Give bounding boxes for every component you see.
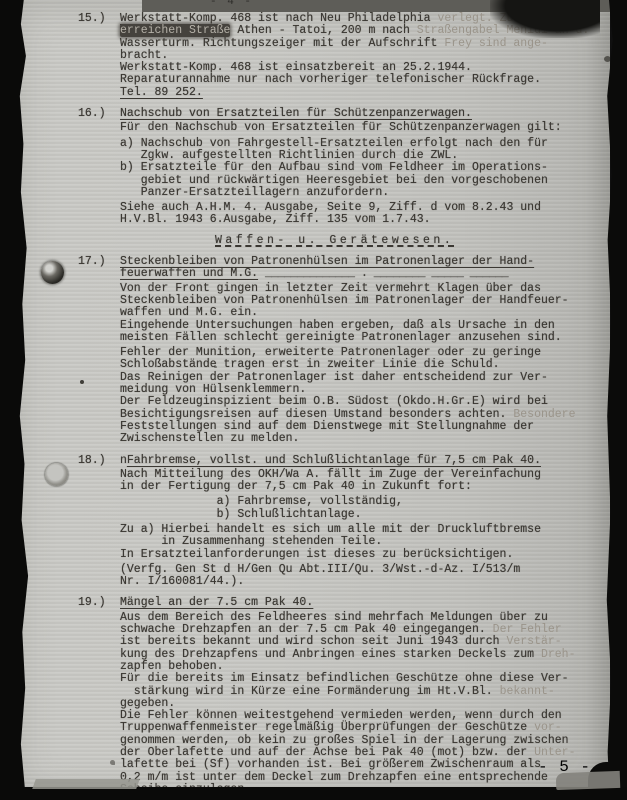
text-segment: waffen und M.G. ein. xyxy=(120,306,258,319)
text-line: H.V.Bl. 1943 6.Ausgabe, Ziff. 135 vom 1.… xyxy=(120,214,610,226)
text-segment-u: feuerwaffen und M.G. xyxy=(120,267,258,280)
text-segment: Besichtigungsreisen auf diesen Umstand b… xyxy=(120,408,513,421)
text-segment: Das Reinigen der Patronenlager ist daher… xyxy=(120,371,548,384)
text-line: In Ersatzteilanforderungen ist dieses zu… xyxy=(120,549,610,561)
text-segment: a) Fahrbremse, vollständig, xyxy=(120,495,403,508)
bottom-wedge-right xyxy=(556,771,621,790)
text-line: Wasserturm. Richtungszeiger mit der Aufs… xyxy=(120,38,610,50)
text-segment: b) Ersatzteile für den Aufbau sind vom F… xyxy=(120,161,548,174)
text-segment: meidung von Hülsenklemmern. xyxy=(120,383,306,396)
text-segment: Truppenwaffenmeister regelmäßig Überprüf… xyxy=(120,721,534,734)
section-number: 18.) xyxy=(78,455,120,589)
hole-punch-top xyxy=(41,261,64,284)
text-segment xyxy=(258,267,265,280)
section-number: 17.) xyxy=(78,256,120,445)
section-number: 19.) xyxy=(78,597,120,796)
text-segment: Für die bereits im Einsatz befindlichen … xyxy=(120,672,569,685)
text-segment: Schloßabstände tragen erst in zweiter Li… xyxy=(120,358,500,371)
section-19: 19.) Mängel an der 7.5 cm Pak 40. Aus de… xyxy=(14,597,610,796)
text-line: Nr. I/160081/44.). xyxy=(120,576,610,588)
paragraph: Von der Front gingen in letzter Zeit ver… xyxy=(120,283,610,344)
section-18: 18.) nFahrbremse, vollst. und Schlußlich… xyxy=(14,455,610,589)
paragraph: (Verfg. Gen St d H/Gen Qu Abt.III/Qu. 3/… xyxy=(120,564,610,589)
text-segment: Werkstatt-Komp. 468 ist einsatzbereit an… xyxy=(120,61,472,74)
text-segment: Zwischenstellen zu melden. xyxy=(120,432,299,445)
text-segment: Reparaturannahme nur nach vorheriger tel… xyxy=(120,73,541,86)
ink-speck xyxy=(604,56,610,62)
text-segment: n xyxy=(120,454,127,467)
text-segment: Der Feldzeuginspizient beim O.B. Südost … xyxy=(120,395,548,408)
paragraph: Aus dem Bereich des Feldheeres sind mehr… xyxy=(120,612,610,796)
paragraph: Zu a) Hierbei handelt es sich um alle mi… xyxy=(120,524,610,561)
section-heading: nFahrbremse, vollst. und Schlußlichtanla… xyxy=(120,455,610,467)
text-segment-u: Nachschub von Ersatzteilen für Schützenp… xyxy=(120,107,472,120)
text-line: Für den Nachschub von Ersatzteilen für S… xyxy=(120,122,610,134)
text-line: b) Schlußlichtanlage. xyxy=(120,509,610,521)
text-line: Tel. 89 252. xyxy=(120,87,610,99)
text-segment: gebiet und rückwärtigen Heeresgebiet bei… xyxy=(120,174,548,187)
text-segment: Von der Front gingen in letzter Zeit ver… xyxy=(120,282,541,295)
section-body: Mängel an der 7.5 cm Pak 40. Aus dem Ber… xyxy=(120,597,610,796)
text-segment: stärkung wird in Kürze eine Formänderung… xyxy=(120,685,500,698)
text-segment: Nr. I/160081/44.). xyxy=(120,575,244,588)
text-segment: Steckenbleiben von Patronenhülsen im Pat… xyxy=(120,294,569,307)
text-segment-dashtail: ______________ . ________ _____ ______ xyxy=(265,267,508,280)
text-segment: gegeben. xyxy=(120,697,175,710)
text-line: nFahrbremse, vollst. und Schlußlichtanla… xyxy=(120,455,610,467)
section-heading: Nachschub von Ersatzteilen für Schützenp… xyxy=(120,108,610,120)
text-segment-u: Steckenbleiben von Patronenhülsen im Pat… xyxy=(120,255,534,268)
paragraph: Fehler der Munition, erweiterte Patronen… xyxy=(120,347,610,445)
text-line: meisten Fällen schlecht gereinigte Patro… xyxy=(120,332,610,344)
text-segment: Eingehende Untersuchungen haben ergeben,… xyxy=(120,319,555,332)
section-paragraphs: Aus dem Bereich des Feldheeres sind mehr… xyxy=(120,612,610,796)
paragraph: Nach Mitteilung des OKH/Wa A. fällt im Z… xyxy=(120,469,610,494)
text-segment: b) Schlußlichtanlage. xyxy=(120,508,362,521)
section-paragraphs: Nach Mitteilung des OKH/Wa A. fällt im Z… xyxy=(120,469,610,589)
text-segment: meisten Fällen schlecht gereinigte Patro… xyxy=(120,331,562,344)
scanned-document-page: { "theme": { "paper_color": "#c7c7c3", "… xyxy=(0,0,627,800)
text-segment: Nach Mitteilung des OKH/Wa A. fällt im Z… xyxy=(120,468,541,481)
prev-page-number: - 4 - xyxy=(210,0,253,8)
text-line: Zwischenstellen zu melden. xyxy=(120,433,610,445)
text-segment: Zgkw. aufgestellten Richtlinien durch di… xyxy=(120,149,458,162)
text-segment-faded: Frey sind ange- xyxy=(444,37,548,50)
text-line: Mängel an der 7.5 cm Pak 40. xyxy=(120,597,610,609)
section-heading: Steckenbleiben von Patronenhülsen im Pat… xyxy=(120,256,610,281)
text-segment-faded: vor- xyxy=(534,721,562,734)
text-line: Nachschub von Ersatzteilen für Schützenp… xyxy=(120,108,610,120)
hole-punch-bottom xyxy=(45,463,68,486)
text-segment: In Ersatzteilanforderungen ist dieses zu… xyxy=(120,548,513,561)
text-segment-faded: Dreh- xyxy=(541,648,576,661)
section-16: 16.) Nachschub von Ersatzteilen für Schü… xyxy=(14,108,610,227)
text-line: feuerwaffen und M.G. ______________ . __… xyxy=(120,268,610,280)
text-segment: Aus dem Bereich des Feldheeres sind mehr… xyxy=(120,611,548,624)
section-number: 15.) xyxy=(78,13,120,99)
text-segment: kung des Drehzapfens und Anbringen eines… xyxy=(120,648,541,661)
text-segment: Panzer-Ersatzteillagern anzufordern. xyxy=(120,186,389,199)
text-segment: (Verfg. Gen St d H/Gen Qu Abt.III/Qu. 3/… xyxy=(120,563,520,576)
text-segment-faded: bekannt- xyxy=(500,685,555,698)
document-text: 15.) Werkstatt-Komp. 468 ist nach Neu Ph… xyxy=(14,13,610,796)
text-segment: ist bereits bekannt und wird schon seit … xyxy=(120,635,506,648)
text-segment: in der Fertigung der 7,5 cm Pak 40 in Zu… xyxy=(120,480,472,493)
section-heading: Mängel an der 7.5 cm Pak 40. xyxy=(120,597,610,609)
text-segment: Athen - Tatoi, 200 m nach xyxy=(230,24,416,37)
section-body: Nachschub von Ersatzteilen für Schützenp… xyxy=(120,108,610,227)
section-body: Steckenbleiben von Patronenhülsen im Pat… xyxy=(120,256,610,445)
ink-speck xyxy=(214,366,217,368)
text-segment: zapfen behoben. xyxy=(120,660,224,673)
text-segment: 0,2 m/m ist unter dem Deckel zum Drehzap… xyxy=(120,771,548,784)
bottom-wedge-left xyxy=(32,779,140,789)
paragraph: a) Nachschub von Fahrgestell-Ersatzteile… xyxy=(120,138,610,199)
paragraph: a) Fahrbremse, vollständig, b) Schlußlic… xyxy=(120,496,610,521)
text-line: Panzer-Ersatzteillagern anzufordern. xyxy=(120,187,610,199)
text-line: stärkung wird in Kürze eine Formänderung… xyxy=(120,686,610,698)
paragraph: Für den Nachschub von Ersatzteilen für S… xyxy=(120,122,610,134)
text-segment: schwache Drehzapfen an der 7.5 cm Pak 40… xyxy=(120,623,493,636)
text-segment-smudge: erreichen Straße xyxy=(120,24,230,37)
ink-speck xyxy=(110,760,115,765)
text-segment: Zu a) Hierbei handelt es sich um alle mi… xyxy=(120,523,541,536)
text-segment: Feststellungen sind auf dem Dienstwege m… xyxy=(120,420,534,433)
text-segment: Fehler der Munition, erweiterte Patronen… xyxy=(120,346,541,359)
text-segment: der Oberlafette und auf der Achse bei Pa… xyxy=(120,746,534,759)
scan-blob-top-right xyxy=(490,0,600,38)
section-17: 17.) Steckenbleiben von Patronenhülsen i… xyxy=(14,256,610,445)
section-number: 16.) xyxy=(78,108,120,227)
text-segment: H.V.Bl. 1943 6.Ausgabe, Ziff. 135 vom 1.… xyxy=(120,213,431,226)
text-segment: Für den Nachschub von Ersatzteilen für S… xyxy=(120,121,562,134)
text-segment: lafette bei (Sf) vorhanden ist. Bei größ… xyxy=(120,758,541,771)
text-segment: a) Nachschub von Fahrgestell-Ersatzteile… xyxy=(120,137,548,150)
paragraph: Siehe auch A.H.M. 4. Ausgabe, Seite 9, Z… xyxy=(120,202,610,227)
section-body: nFahrbremse, vollst. und Schlußlichtanla… xyxy=(120,455,610,589)
text-line: in der Fertigung der 7,5 cm Pak 40 in Zu… xyxy=(120,481,610,493)
text-segment: Wasserturm. Richtungszeiger mit der Aufs… xyxy=(120,37,444,50)
text-segment-u: Tel. 89 252. xyxy=(120,86,203,99)
ink-speck xyxy=(80,380,84,384)
text-segment: in Zusammenhang stehenden Teile. xyxy=(120,535,382,548)
paper: - 4 - 15.) Werkstatt-Komp. 468 ist nach … xyxy=(14,0,610,800)
text-segment-u: Fahrbremse, vollst. und Schlußlichtanlag… xyxy=(127,454,541,467)
section-paragraphs: Für den Nachschub von Ersatzteilen für S… xyxy=(120,122,610,226)
text-segment-faded: Verstär- xyxy=(506,635,561,648)
center-heading: Waffen- u. Gerätewesen. xyxy=(215,235,610,247)
text-segment: genommen werden, ob kein zu großes Spiel… xyxy=(120,734,569,747)
text-segment-u: Mängel an der 7.5 cm Pak 40. xyxy=(120,596,313,609)
text-segment: Siehe auch A.H.M. 4. Ausgabe, Seite 9, Z… xyxy=(120,201,541,214)
text-segment: bracht. xyxy=(120,49,168,62)
text-segment-faded: Der Fehler xyxy=(493,623,562,636)
section-paragraphs: Von der Front gingen in letzter Zeit ver… xyxy=(120,283,610,446)
text-segment-faded: Besondere xyxy=(513,408,575,421)
